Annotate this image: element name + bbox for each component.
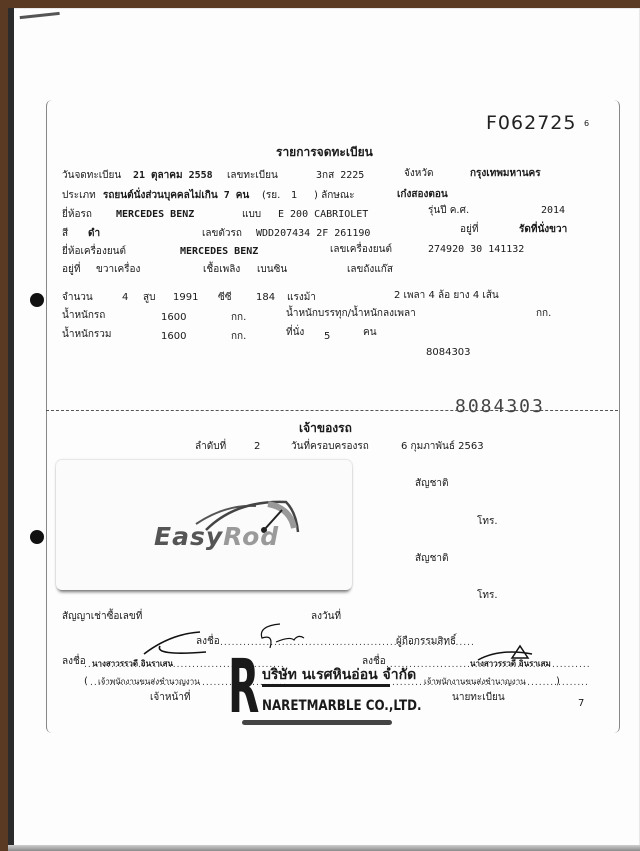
possession-date-label: วันที่ครอบครองรถ (291, 441, 369, 453)
nationality-label-2: สัญชาติ (415, 553, 449, 565)
type-label: ประเภท (62, 190, 96, 202)
chassis-value: WDD207434 2F 261190 (256, 228, 370, 240)
cc-value: 1991 (173, 292, 198, 304)
officer-name: นางสาวรรวดี อินราเสน (92, 658, 173, 670)
engine-no-value: 274920 30 141132 (428, 244, 524, 256)
handwritten-serial: F062725 (486, 117, 576, 129)
plate-label: เลขทะเบียน (227, 170, 278, 182)
fuel-label: เชื้อเพลิง (203, 264, 240, 276)
section-divider (46, 410, 618, 411)
hp-value: 184 (256, 292, 275, 304)
page-number: 7 (578, 698, 584, 710)
easyrod-logo: EasyRod (154, 522, 279, 551)
brand-label: ยี่ห้อรถ (62, 209, 92, 221)
punch-hole-icon (30, 530, 44, 544)
lease-contract-label: สัญญาเช่าซื้อเลขที่ (62, 611, 142, 623)
nationality-label-1: สัญชาติ (415, 478, 449, 490)
owner-section-title: เจ้าของรถ (299, 422, 352, 434)
registrar-position: เจ้าพนักงานขนส่งชำนาญงาน (424, 676, 526, 688)
weight-label: น้ำหนักรถ (62, 310, 105, 322)
seats-value: 5 (324, 331, 330, 343)
officer-paren-open: ( (84, 676, 88, 688)
total-weight-unit: กก. (231, 331, 246, 343)
engine-no-label: เลขเครื่องยนต์ (330, 244, 392, 256)
type-value: รถยนต์นั่งส่วนบุคคลไม่เกิน 7 คน (103, 190, 249, 202)
registrar-role: นายทะเบียน (452, 692, 505, 704)
engine-loc-value: ขวาเครื่อง (96, 264, 140, 276)
registrar-paren-close: ) (556, 676, 560, 688)
cylinders-unit: สูบ (143, 292, 155, 304)
owner-order-label: ลำดับที่ (195, 441, 226, 453)
officer-position: เจ้าพนักงานขนส่งชำนาญงาน (98, 676, 200, 688)
body-style-value: เก๋งสองตอน (397, 189, 448, 201)
cylinders-value: 4 (122, 292, 128, 304)
year-value: 2014 (541, 205, 565, 217)
officer-role: เจ้าหน้าที่ (150, 692, 191, 704)
page-title: รายการจดทะเบียน (276, 146, 373, 158)
gas-tank-label: เลขถังแก๊ส (347, 264, 393, 276)
model-label: แบบ (242, 209, 261, 221)
phone-label-2: โทร. (477, 590, 498, 602)
plate-value: 3กส 2225 (316, 170, 364, 182)
possession-date-value: 6 กุมภาพันธ์ 2563 (401, 441, 484, 453)
owner-order-value: 2 (254, 441, 260, 453)
type-code-value: 1 (291, 190, 297, 202)
company-stamp: R บริษัท นเรศหินอ่อน จำกัด NARETMARBLE C… (228, 650, 394, 730)
officer-sign-label: ลงชื่อ (62, 656, 86, 668)
chassis-loc-label: อยู่ที่ (460, 224, 478, 236)
color-label: สี (62, 228, 68, 240)
count-label: จำนวน (62, 292, 93, 304)
holder-sign-label: ลงชื่อ (196, 636, 220, 648)
load-label: น้ำหนักบรรทุก/น้ำหนักลงเพลา (286, 308, 416, 320)
color-value: ดำ (88, 228, 100, 240)
brand-value: MERCEDES BENZ (116, 209, 194, 221)
engine-loc-label: อยู่ที่ (62, 264, 80, 276)
type-code-open: (รย. (262, 190, 280, 202)
body-style-label: ) ลักษณะ (314, 190, 355, 202)
serial-superscript: 6 (584, 118, 589, 130)
paper-bottom-shadow (8, 845, 640, 851)
engine-brand-value: MERCEDES BENZ (180, 246, 258, 258)
engine-brand-label: ยี่ห้อเครื่องยนต์ (62, 246, 126, 258)
province-value: กรุงเทพมหานคร (470, 168, 541, 180)
paper-edge-shadow (8, 8, 24, 851)
phone-label-1: โทร. (477, 516, 498, 528)
stamp-name-english: NARETMARBLE CO.,LTD. (262, 698, 421, 714)
total-weight-label: น้ำหนักรวม (62, 329, 112, 341)
stamped-reference-number: 8084303 (455, 396, 545, 417)
stamp-rule (262, 684, 390, 687)
seats-label: ที่นั่ง (286, 327, 304, 339)
easyrod-sticker: EasyRod (56, 460, 352, 590)
stamp-name-thai: บริษัท นเรศหินอ่อน จำกัด (262, 664, 416, 686)
hp-unit: แรงม้า (287, 292, 316, 304)
cc-unit: ซีซี (218, 292, 232, 304)
seats-unit: คน (363, 327, 377, 339)
model-value: E 200 CABRIOLET (278, 209, 368, 221)
fuel-value: เบนซิน (257, 264, 287, 276)
weight-value: 1600 (161, 312, 186, 324)
chassis-label: เลขตัวรถ (202, 228, 242, 240)
punch-hole-icon (30, 293, 44, 307)
registrar-name: นางสาวรรวดี อินราเสม (470, 658, 551, 670)
holder-label: ผู้ถือกรรมสิทธิ์ (396, 636, 456, 648)
reg-date-value: 21 ตุลาคม 2558 (133, 170, 213, 182)
province-label: จังหวัด (404, 168, 433, 180)
stamp-base (242, 720, 392, 725)
axles-wheels-value: 2 เพลา 4 ล้อ ยาง 4 เส้น (394, 290, 499, 302)
lease-date-label: ลงวันที่ (311, 611, 341, 623)
reg-date-label: วันจดทะเบียน (62, 170, 121, 182)
total-weight-value: 1600 (161, 331, 186, 343)
stamp-letter: R (228, 650, 259, 724)
load-unit: กก. (536, 308, 551, 320)
reference-number: 8084303 (426, 347, 471, 359)
year-label: รุ่นปี ค.ศ. (428, 205, 469, 217)
chassis-loc-value: รัดที่นั่งขวา (519, 224, 567, 236)
weight-unit: กก. (231, 312, 246, 324)
